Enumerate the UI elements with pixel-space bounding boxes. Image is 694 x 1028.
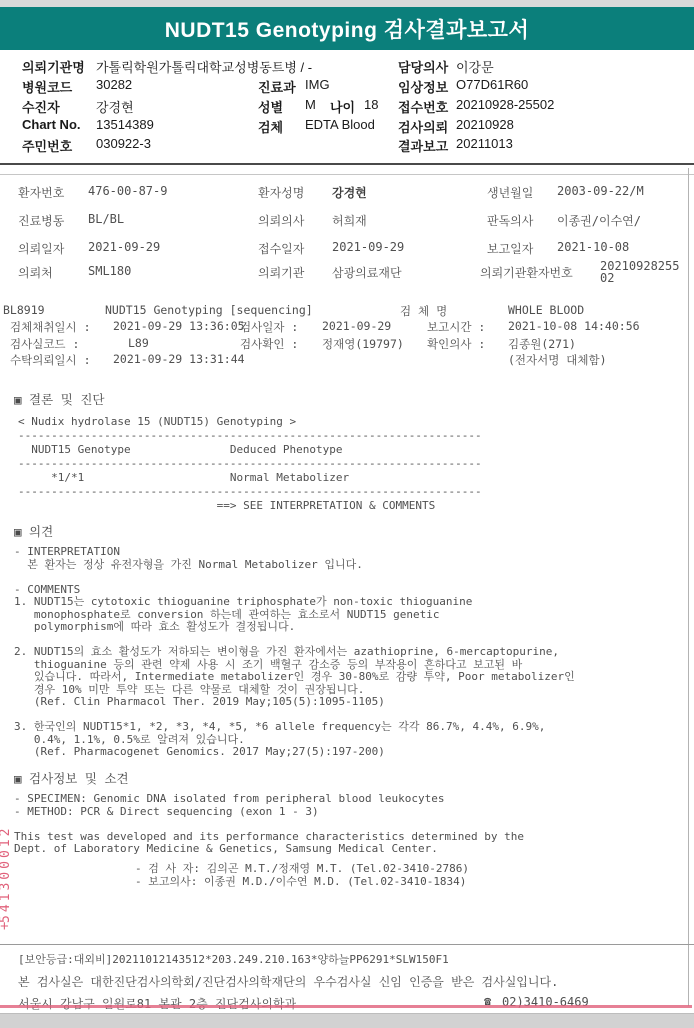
address-line: 서울시 강남구 일원로81 본관 2층 진단검사의학과	[18, 995, 296, 1012]
staff-line: - 보고의사: 이종권 M.D./이수연 M.D. (Tel.02-3410-1…	[135, 876, 469, 889]
conclusion-line: NUDT15 Genotype Deduced Phenotype	[18, 443, 482, 457]
field-label: 수진자	[22, 97, 60, 116]
detail-row: 수탁의뢰일시 : 2021-09-29 13:31:44 (전자서명 대체함)	[0, 352, 694, 368]
field-value: 삼광의료재단	[332, 264, 402, 281]
lab-report-page: NUDT15 Genotyping 검사결과보고서 의뢰기관명 가톨릭학원가톨릭…	[0, 0, 694, 1028]
section-heading-test-info: ▣ 검사정보 및 소견	[14, 769, 129, 787]
field-label: 담당의사	[398, 57, 448, 76]
field-label: 진료과	[258, 77, 296, 96]
conclusion-block: < Nudix hydrolase 15 (NUDT15) Genotyping…	[18, 415, 482, 513]
field-label: 검체	[258, 117, 283, 136]
field-value: 2021-09-29	[322, 319, 391, 333]
field-value: SML180	[88, 264, 131, 278]
field-label: 주민번호	[22, 136, 72, 155]
conclusion-line: < Nudix hydrolase 15 (NUDT15) Genotyping…	[18, 415, 482, 429]
field-label: 확인의사 :	[427, 336, 485, 352]
field-label: 검사실코드 :	[10, 336, 79, 352]
field-value: 18	[364, 97, 378, 112]
field-value: 2021-10-08 14:40:56	[508, 319, 640, 333]
field-value: 이강문	[456, 57, 494, 76]
esign-note: (전자서명 대체함)	[508, 352, 607, 368]
conclusion-line: *1/*1 Normal Metabolizer	[18, 471, 482, 485]
test-info-line: - METHOD: PCR & Direct sequencing (exon …	[14, 806, 524, 819]
field-value: 030922-3	[96, 136, 151, 151]
field-label: 보고시간 :	[427, 319, 485, 335]
field-value: 2021-09-29	[332, 240, 404, 254]
specimen-value: WHOLE BLOOD	[508, 303, 584, 317]
patient-row: 의뢰처 SML180 의뢰기관 삼광의료재단 의뢰기관환자번호 20210928…	[0, 264, 694, 280]
field-label: 결과보고	[398, 136, 448, 155]
opinion-line: 1. NUDT15는 cytotoxic thioguanine triphos…	[14, 596, 575, 609]
conclusion-line: ==> SEE INTERPRETATION & COMMENTS	[18, 499, 482, 513]
opinion-block: - INTERPRETATION 본 환자는 정상 유전자형을 가진 Norma…	[14, 546, 575, 759]
field-value: 20210928	[456, 117, 514, 132]
field-value: BL/BL	[88, 212, 124, 226]
field-label: 의뢰처	[18, 264, 53, 281]
field-label: 의뢰의사	[258, 212, 304, 229]
opinion-line: 본 환자는 정상 유전자형을 가진 Normal Metabolizer 입니다…	[14, 559, 575, 572]
test-code: BL8919	[3, 303, 45, 317]
field-label: 접수일자	[258, 240, 304, 257]
side-accession-number: 541300012	[0, 758, 13, 923]
section-heading-opinion: ▣ 의견	[14, 522, 53, 540]
field-value: 2021-09-29 13:36:05	[113, 319, 245, 333]
field-label: 진료병동	[18, 212, 64, 229]
field-value: 정재영(19797)	[322, 336, 404, 352]
report-title-banner: NUDT15 Genotyping 검사결과보고서	[0, 7, 694, 50]
detail-row: 검사실코드 : L89 검사확인 : 정재영(19797) 확인의사 : 김종원…	[0, 336, 694, 352]
test-header-row: BL8919 NUDT15 Genotyping [sequencing] 검 …	[0, 303, 694, 319]
field-label: 보고일자	[487, 240, 533, 257]
opinion-line: 있습니다. 따라서, Intermediate metabolizer인 경우 …	[14, 671, 575, 684]
field-label: 임상정보	[398, 77, 448, 96]
field-label: 의뢰기관환자번호	[480, 264, 573, 281]
field-value: EDTA Blood	[305, 117, 375, 132]
page-top-strip	[0, 0, 694, 7]
staff-block: - 검 사 자: 김의곤 M.T./정재영 M.T. (Tel.02-3410-…	[135, 863, 469, 888]
field-value: 가톨릭학원가톨릭대학교성병동트병 / -	[96, 57, 312, 76]
divider-dark	[0, 163, 694, 165]
footer-red-underline	[0, 1005, 692, 1008]
field-label: 성별	[258, 97, 283, 116]
staff-line: - 검 사 자: 김의곤 M.T./정재영 M.T. (Tel.02-3410-…	[135, 863, 469, 876]
field-value: 20210928-25502	[456, 97, 554, 112]
field-value: 2021092825502	[600, 260, 682, 284]
opinion-line: (Ref. Clin Pharmacol Ther. 2019 May;105(…	[14, 696, 575, 709]
specimen-label: 검 체 명	[400, 303, 447, 319]
test-info-line: - SPECIMEN: Genomic DNA isolated from pe…	[14, 793, 524, 806]
certification-line: 본 검사실은 대한진단검사의학회/진단검사의학재단의 우수검사실 신임 인증을 …	[18, 973, 558, 990]
field-value: 30282	[96, 77, 132, 92]
field-value: IMG	[305, 77, 330, 92]
field-value: 476-00-87-9	[88, 184, 167, 198]
opinion-line: polymorphism에 따라 효소 활성도가 결정됩니다.	[14, 621, 575, 634]
opinion-line: (Ref. Pharmacogenet Genomics. 2017 May;2…	[14, 746, 575, 759]
field-label: 의뢰기관	[258, 264, 304, 281]
conclusion-line: ----------------------------------------…	[18, 429, 482, 443]
field-label: 검사확인 :	[240, 336, 298, 352]
field-label: 환자번호	[18, 184, 64, 201]
field-value: 이종권/이수연/	[557, 212, 641, 229]
side-plus-mark: +	[0, 918, 9, 935]
patient-row: 환자번호 476-00-87-9 환자성명 강경현 생년월일 2003-09-2…	[0, 184, 694, 200]
field-label: 검사의뢰	[398, 117, 448, 136]
field-label: 접수번호	[398, 97, 448, 116]
header-row: Chart No. 13514389 검체 EDTA Blood 검사의뢰 20…	[0, 117, 694, 135]
field-value: 김종원(271)	[508, 336, 576, 352]
field-label: 판독의사	[487, 212, 533, 229]
field-label: Chart No.	[22, 117, 81, 132]
field-label: 검체채취일시 :	[10, 319, 91, 335]
patient-row: 의뢰일자 2021-09-29 접수일자 2021-09-29 보고일자 202…	[0, 240, 694, 256]
report-title: NUDT15 Genotyping 검사결과보고서	[165, 14, 530, 44]
field-label: 의뢰기관명	[22, 57, 85, 76]
field-value: 13514389	[96, 117, 154, 132]
field-value: 20211013	[456, 136, 513, 151]
divider-light	[0, 174, 694, 175]
test-name: NUDT15 Genotyping [sequencing]	[105, 303, 313, 317]
field-label: 환자성명	[258, 184, 304, 201]
test-info-block: - SPECIMEN: Genomic DNA isolated from pe…	[14, 793, 524, 856]
page-bottom-strip	[0, 1013, 694, 1028]
opinion-line: 2. NUDT15의 효소 활성도가 저하되는 변이형을 가진 환자에서는 az…	[14, 646, 575, 659]
header-row: 병원코드 30282 진료과 IMG 임상정보 O77D61R60	[0, 77, 694, 95]
field-label: 검사일자 :	[240, 319, 298, 335]
header-row: 의뢰기관명 가톨릭학원가톨릭대학교성병동트병 / - 담당의사 이강문	[0, 57, 694, 75]
page-right-edge-line	[688, 168, 689, 1006]
field-value: 2003-09-22/M	[557, 184, 644, 198]
opinion-line: 3. 한국인의 NUDT15*1, *2, *3, *4, *5, *6 all…	[14, 721, 575, 734]
opinion-line	[14, 571, 575, 584]
field-value: 허희재	[332, 212, 367, 229]
field-value: 2021-10-08	[557, 240, 629, 254]
conclusion-line: ----------------------------------------…	[18, 457, 482, 471]
header-row: 수진자 강경현 성별 M 나이 18 접수번호 20210928-25502	[0, 97, 694, 115]
field-label: 나이	[330, 97, 355, 116]
field-value: 강경현	[96, 97, 134, 116]
field-value: O77D61R60	[456, 77, 528, 92]
test-info-line: Dept. of Laboratory Medicine & Genetics,…	[14, 843, 524, 856]
header-row: 주민번호 030922-3 결과보고 20211013	[0, 136, 694, 154]
patient-row: 진료병동 BL/BL 의뢰의사 허희재 판독의사 이종권/이수연/	[0, 212, 694, 228]
detail-row: 검체채취일시 : 2021-09-29 13:36:05 검사일자 : 2021…	[0, 319, 694, 335]
opinion-line: - INTERPRETATION	[14, 546, 575, 559]
conclusion-line: ----------------------------------------…	[18, 485, 482, 499]
security-line: [보안등급:대외비]20211012143512*203.249.210.163…	[18, 951, 449, 967]
field-value: 2021-09-29 13:31:44	[113, 352, 245, 366]
field-value: 2021-09-29	[88, 240, 160, 254]
footer-divider	[0, 944, 694, 945]
field-label: 생년월일	[487, 184, 533, 201]
field-value: M	[305, 97, 316, 112]
field-label: 병원코드	[22, 77, 72, 96]
field-label: 의뢰일자	[18, 240, 64, 257]
section-heading-conclusion: ▣ 결론 및 진단	[14, 390, 104, 408]
field-value: L89	[128, 336, 149, 350]
test-info-line	[14, 818, 524, 831]
field-label: 수탁의뢰일시 :	[10, 352, 91, 368]
field-value: 강경현	[332, 184, 367, 201]
